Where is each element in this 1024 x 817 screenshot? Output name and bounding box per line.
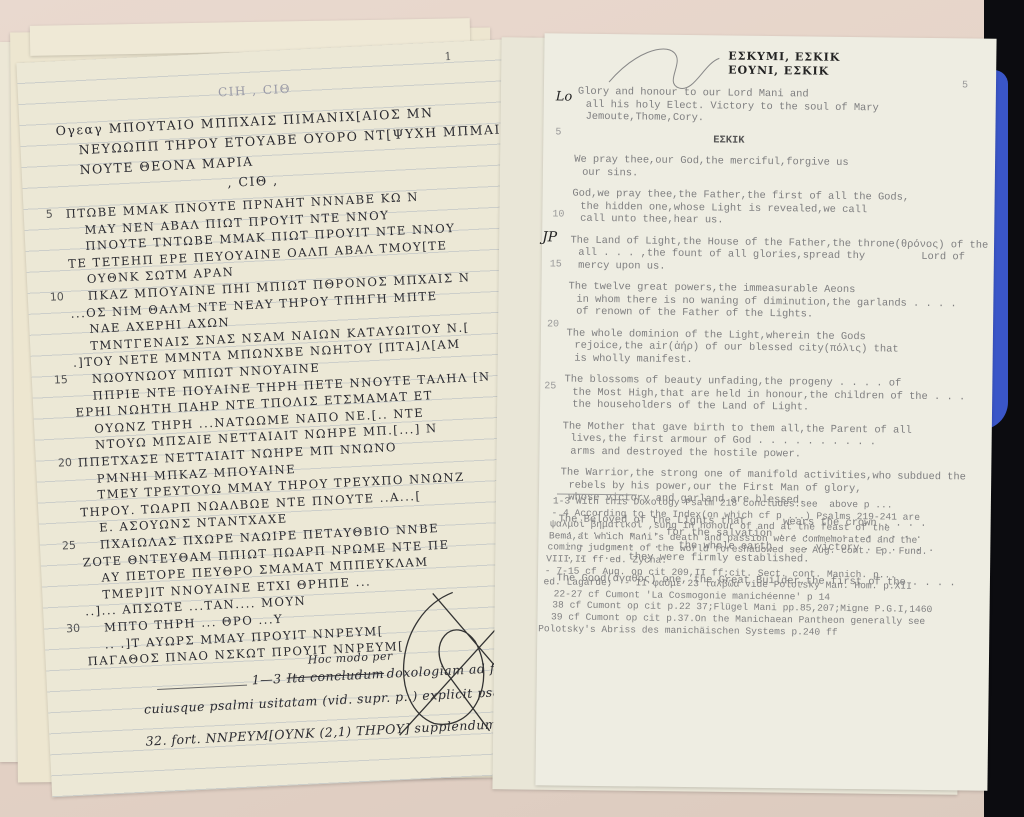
typed-line: call unto thee,hear us. [580, 213, 724, 227]
page-number: 1 [444, 50, 453, 63]
typed-line: the householders of the Land of Light. [572, 399, 809, 414]
typed-notes: 1-3 With this Doxology Psalm 218 conclud… [545, 33, 997, 39]
footnote-ref: 1—3 [251, 671, 282, 687]
note-line: Polotsky's Abriss des manichäischen Syst… [538, 623, 838, 639]
header-handwritten-2: ΕΟΥΝΙ, ΕΣΚΙΚ [728, 64, 829, 78]
typed-line: Jemoute,Thome,Cory. [586, 111, 705, 125]
handwritten-manuscript-page: 1 CIH , CIΘ Ογεαγ ΜΠΟΥΤΑΙΟ ΜΠΠΧΑΙΣ ΠΙΜΑΝ… [16, 38, 571, 798]
line-number: 5 [555, 127, 561, 138]
header-handwritten-1: ΕΣΚΥΜΙ, ΕΣΚΙΚ [728, 50, 840, 64]
line-number: 20 [58, 456, 73, 470]
typed-paragraphs: Glory and honour to our Lord Mani andall… [545, 33, 997, 39]
line-numbers: 510152025 [545, 33, 997, 39]
section-heading: , CIΘ , [227, 172, 279, 189]
pencil-heading: CIH , CIΘ [218, 82, 292, 100]
footnote-rule [157, 685, 247, 690]
line-number: 10 [552, 209, 564, 220]
intro-line: ΝΟΥΤΕ ΘΕΟΝΑ ΜΑΡΙΑ [79, 154, 254, 177]
line-number: 25 [544, 381, 556, 392]
typed-line: arms and destroyed the hostile power. [570, 445, 801, 460]
typed-line: is wholly manifest. [574, 352, 693, 366]
typed-line: ΕΣΚΙΚ [713, 134, 744, 147]
page-number: 5 [962, 80, 968, 91]
line-number: 10 [50, 290, 65, 304]
line-number: 15 [550, 259, 562, 270]
typed-line: of renown of the Father of the Lights. [576, 306, 813, 321]
typed-line: our sins. [582, 166, 638, 179]
line-number: 25 [62, 539, 77, 553]
line-number: 30 [66, 622, 81, 636]
line-number: 15 [54, 373, 69, 387]
line-number: 5 [45, 208, 53, 221]
struck-text: Ita concludum [286, 666, 384, 686]
typewritten-translation-page: 5 ΕΣΚΥΜΙ, ΕΣΚΙΚ ΕΟΥΝΙ, ΕΣΚΙΚ Lo JP 51015… [535, 33, 996, 790]
line-number: 20 [547, 319, 559, 330]
typed-line: mercy upon us. [578, 259, 665, 273]
margin-mark-top: Lo [556, 89, 573, 104]
margin-mark-middle: JP [542, 229, 557, 245]
